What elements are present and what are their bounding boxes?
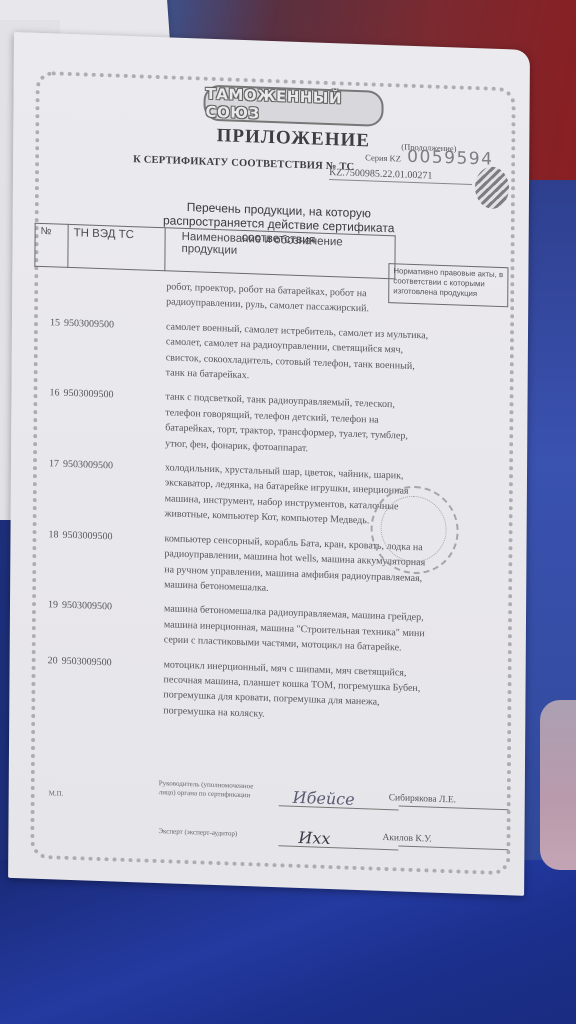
table-row: 20 9503009500 мотоцикл инерционный, мяч … (31, 652, 491, 730)
row-code: 9503009500 (63, 386, 165, 451)
table-row: 19 9503009500 машина бетономешалка радио… (32, 597, 492, 659)
row-code: 9503009500 (62, 527, 164, 592)
row-number: 15 (34, 315, 64, 378)
row-description: самолет военный, самолет истребитель, са… (166, 319, 430, 390)
header-code: ТН ВЭД ТС (68, 224, 165, 270)
seal-label: М.П. (49, 789, 64, 798)
row-description: мотоцикл инерционный, мяч с шипами, мяч … (163, 657, 427, 728)
hand (540, 700, 576, 870)
row-number: 17 (33, 456, 63, 519)
header-name: Наименование и обозначение продукции (165, 228, 395, 279)
row-description: танк с подсветкой, танк радиоуправляемый… (165, 390, 429, 461)
table-row: 15 9503009500 самолет военный, самолет и… (34, 315, 494, 393)
customs-union-logo: ТАМОЖЕННЫЙ СОЮЗ (203, 85, 383, 127)
row-number: 20 (31, 652, 61, 715)
logo-text: ТАМОЖЕННЫЙ СОЮЗ (205, 85, 381, 127)
row-code: 9503009500 (62, 598, 164, 648)
table-row: 16 9503009500 танк с подсветкой, танк ра… (33, 385, 493, 463)
row-number: 19 (32, 597, 62, 644)
row-code: 9503009500 (64, 316, 166, 381)
row-code: 9503009500 (61, 653, 163, 718)
row-number: 18 (32, 526, 62, 589)
certificate-page: ТАМОЖЕННЫЙ СОЮЗ ПРИЛОЖЕНИЕ К СЕРТИФИКАТУ… (8, 32, 530, 896)
serial-number: 0059594 (407, 147, 493, 170)
row-code: 9503009500 (63, 457, 165, 522)
security-emblem-icon (475, 166, 509, 209)
head-name: Сибирякова Л.Е. (389, 793, 456, 805)
header-number: № (35, 223, 68, 267)
signature-block: М.П. Руководитель (уполномоченное лицо) … (48, 763, 489, 858)
row-description: машина бетономешалка радиоуправляемая, м… (164, 602, 428, 657)
head-label: Руководитель (уполномоченное лицо) орган… (159, 779, 269, 801)
signature-line (278, 845, 398, 850)
expert-name: Акилов К.У. (382, 833, 431, 845)
serial-label: Серия KZ (365, 152, 401, 163)
row-number: 16 (33, 385, 63, 448)
expert-label: Эксперт (эксперт-аудитор) (158, 827, 237, 838)
expert-signature: Ихх (298, 828, 330, 848)
